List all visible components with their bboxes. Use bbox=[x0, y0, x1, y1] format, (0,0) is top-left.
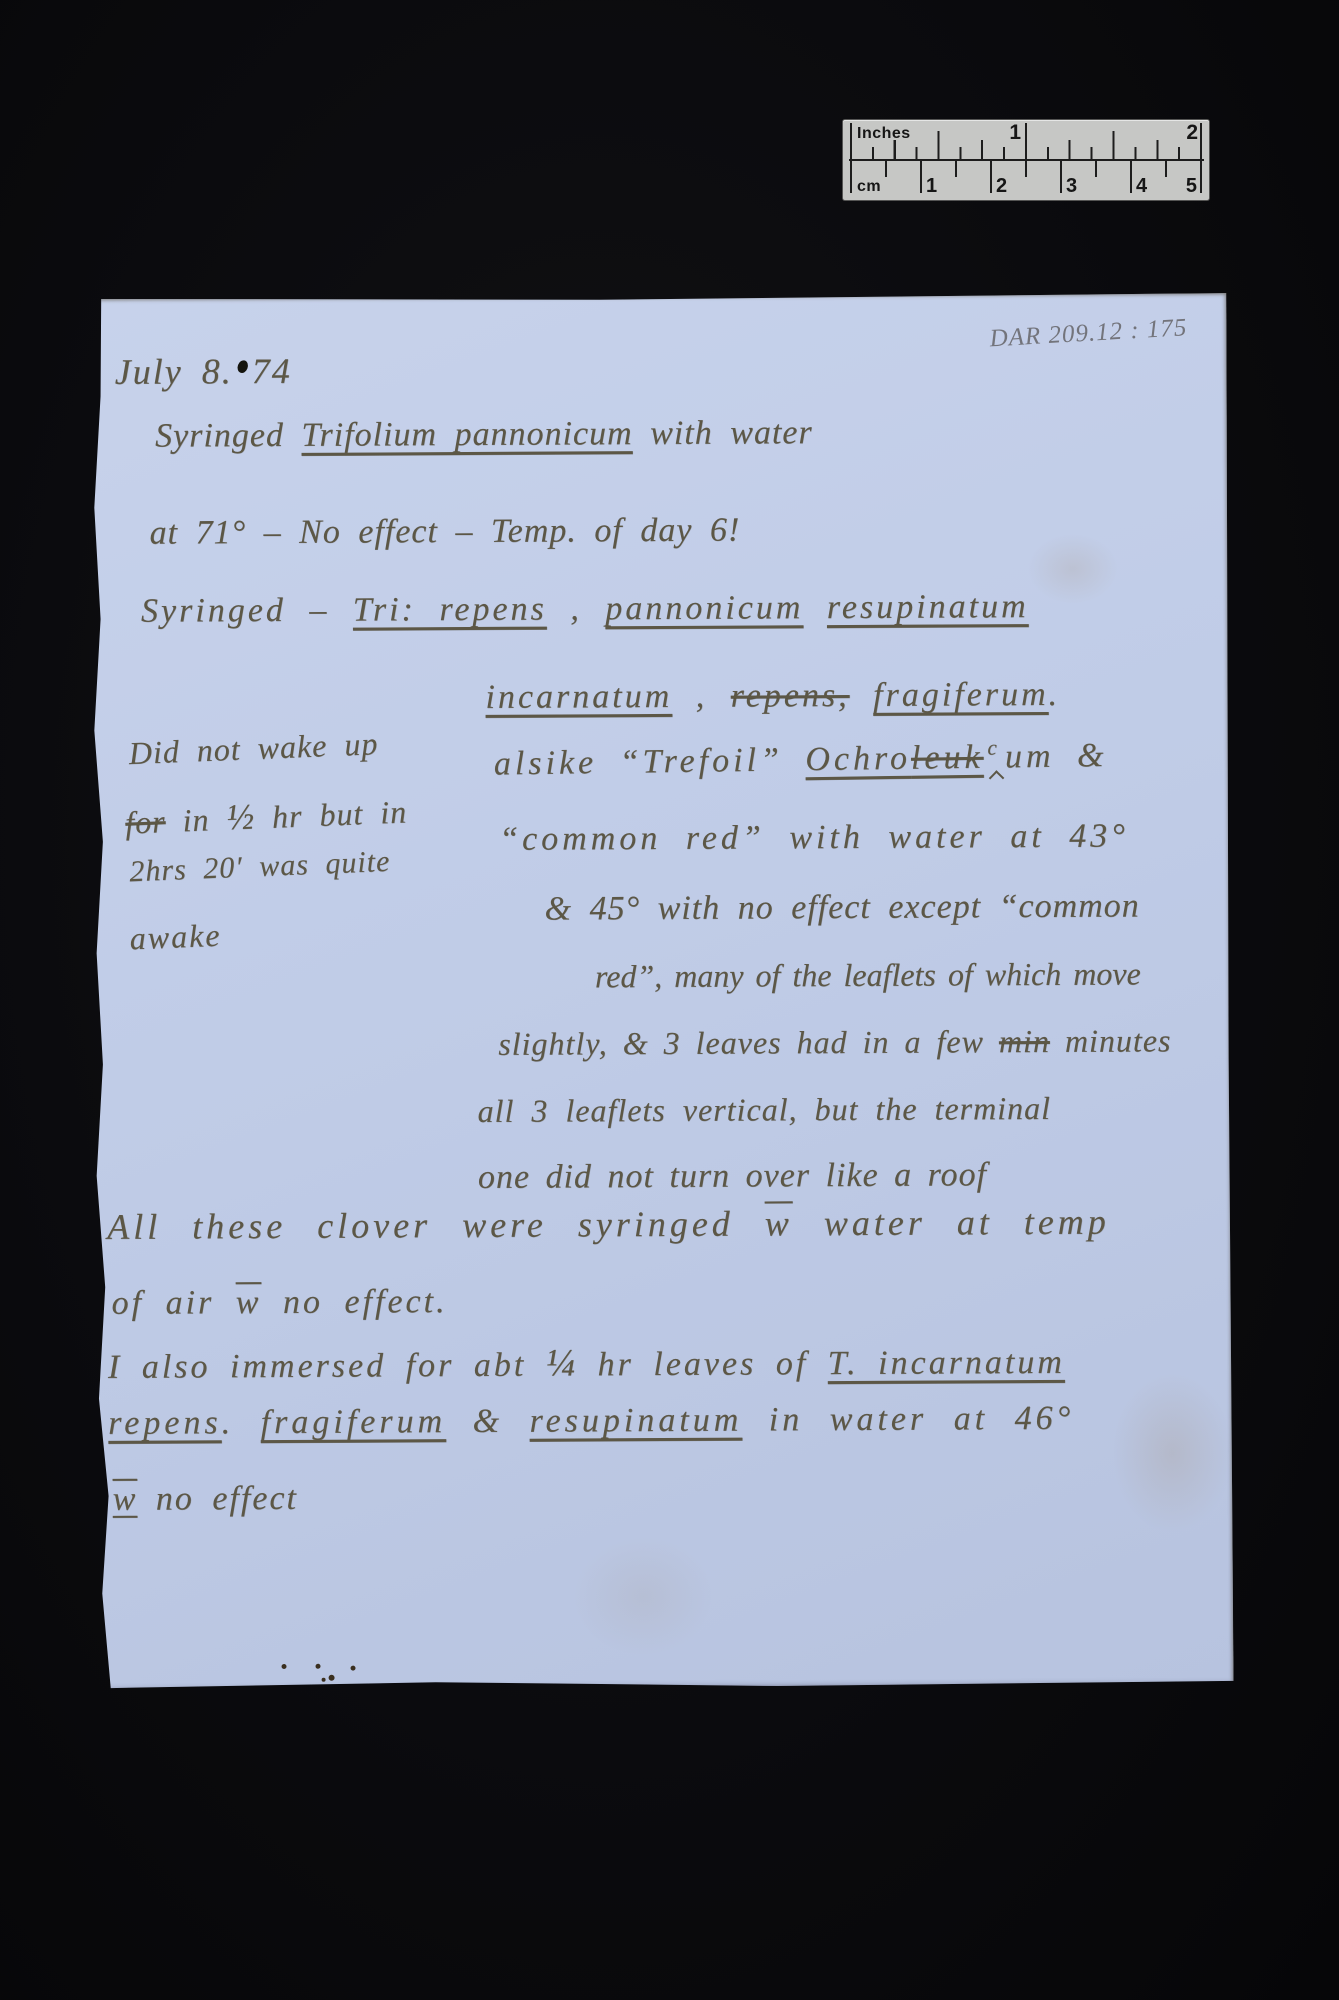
ms-text-segment: water at temp bbox=[793, 1202, 1110, 1244]
foxing-stain bbox=[1112, 1373, 1233, 1534]
ms-text-segment: um & bbox=[1005, 737, 1108, 775]
ink-spot bbox=[316, 1664, 321, 1669]
ms-text-segment: awake bbox=[129, 917, 222, 957]
ms-line-13: of air w no effect. bbox=[112, 1283, 448, 1323]
ms-text-segment: one did not turn over like a roof bbox=[478, 1156, 987, 1196]
margin-note-line-1: Did not wake up bbox=[128, 725, 379, 772]
ms-text-segment: of air bbox=[112, 1284, 236, 1322]
ms-text-segment: Did not wake up bbox=[128, 725, 379, 771]
ms-text-segment: slightly, & 3 leaves had in a few bbox=[498, 1023, 999, 1062]
ms-text-segment: 2hrs 20′ was quite bbox=[129, 845, 391, 888]
ms-text-segment: T. incarnatum bbox=[828, 1344, 1065, 1382]
ms-text-segment: in water at 46° bbox=[742, 1400, 1074, 1439]
ms-text-segment: Tri: repens bbox=[353, 591, 547, 629]
ms-text-segment: repens, bbox=[731, 677, 850, 715]
ms-text-segment: min bbox=[999, 1023, 1050, 1059]
ms-text-segment: incarnatum bbox=[485, 678, 672, 716]
photo-stage: Inches cm 1 2 1 2 3 4 5 DAR 209.12 : 175… bbox=[0, 0, 1339, 2000]
ms-text-segment: Syringed bbox=[155, 417, 302, 455]
ms-text-segment: no effect. bbox=[261, 1283, 447, 1321]
margin-note-line-3: 2hrs 20′ was quite bbox=[129, 845, 391, 889]
scale-ruler: Inches cm 1 2 1 2 3 4 5 bbox=[843, 120, 1209, 200]
ruler-cm-number: 3 bbox=[1066, 175, 1077, 198]
ms-text-segment: ¼ bbox=[546, 1341, 579, 1384]
ms-line-7: & 45° with no effect except “common bbox=[544, 887, 1139, 928]
ms-line-16: w no effect bbox=[113, 1480, 299, 1519]
ms-line-4: incarnatum , repens, fragiferum. bbox=[485, 676, 1060, 717]
ruler-cm-number: 4 bbox=[1136, 175, 1147, 198]
ms-text-segment: & 45° with no effect except “common bbox=[544, 887, 1139, 927]
ms-text-segment: w bbox=[236, 1284, 262, 1321]
ms-text-segment: red”, many of the leaflets of which move bbox=[595, 955, 1141, 994]
margin-note-line-2: for in ½ hr but in bbox=[124, 788, 408, 842]
ms-text-segment: w bbox=[765, 1203, 793, 1243]
margin-note-line-4: awake bbox=[129, 917, 222, 958]
ms-line-3: Syringed – Tri: repens , pannonicum resu… bbox=[141, 588, 1029, 631]
archive-reference-pencil: DAR 209.12 : 175 bbox=[989, 314, 1188, 353]
ms-text-segment: & bbox=[446, 1403, 530, 1440]
ruler-inch-number: 2 bbox=[1170, 121, 1198, 145]
ms-text-segment: for bbox=[125, 803, 167, 841]
ms-text-segment: I also immersed for abt bbox=[108, 1347, 546, 1386]
ms-text-segment: pannonicum bbox=[605, 589, 803, 627]
ms-line-1: Syringed Trifolium pannonicum with water bbox=[155, 414, 813, 455]
ms-text-segment: alsike “Trefoil” bbox=[494, 741, 806, 782]
ms-text-segment: Trifolium pannonicum bbox=[301, 415, 632, 454]
ms-text-segment: hr leaves of bbox=[578, 1345, 828, 1383]
ms-line-5: alsike “Trefoil” Ochroleukcum & bbox=[494, 737, 1108, 784]
ink-spot bbox=[282, 1664, 287, 1669]
ms-text-segment: All these clover were syringed bbox=[107, 1203, 765, 1246]
ms-line-6: “common red” with water at 43° bbox=[499, 818, 1129, 859]
ms-line-9: slightly, & 3 leaves had in a few min mi… bbox=[498, 1022, 1171, 1063]
ruler-cm-ticks bbox=[850, 160, 1204, 193]
foxing-stain bbox=[1028, 534, 1118, 604]
ruler-cm-label: cm bbox=[857, 178, 881, 196]
foxing-stain bbox=[573, 1536, 714, 1657]
ms-text-segment: . bbox=[222, 1404, 261, 1441]
ruler-cm-number: 1 bbox=[926, 175, 937, 198]
ms-text-segment: at 71° – No effect – Temp. of day 6! bbox=[149, 512, 740, 552]
ruler-midline bbox=[849, 159, 1204, 161]
ms-text-segment: in bbox=[165, 801, 227, 839]
ms-text-segment: fragiferum bbox=[873, 676, 1049, 714]
ms-line-12: All these clover were syringed w water a… bbox=[107, 1201, 1110, 1248]
ruler-inches-label: Inches bbox=[857, 125, 911, 143]
ms-text-segment: Ochro bbox=[805, 740, 911, 778]
ms-line-2: at 71° – No effect – Temp. of day 6! bbox=[149, 512, 740, 553]
ms-line-14: I also immersed for abt ¼ hr leaves of T… bbox=[108, 1338, 1065, 1388]
ms-text-segment: all 3 leaflets vertical, but the termina… bbox=[478, 1090, 1052, 1129]
ms-text-segment: repens bbox=[108, 1404, 222, 1442]
ms-text-segment: fragiferum bbox=[261, 1403, 447, 1441]
ms-text-segment: resupinatum bbox=[529, 1402, 742, 1440]
ms-text-segment bbox=[850, 677, 874, 714]
ms-line-11: one did not turn over like a roof bbox=[478, 1156, 987, 1197]
ms-text-segment: resupinatum bbox=[827, 588, 1029, 626]
ms-text-segment: , bbox=[672, 678, 731, 715]
ms-text-segment: ½ bbox=[226, 796, 256, 838]
ink-spot bbox=[329, 1675, 335, 1681]
date-line: July 8. 74 bbox=[115, 350, 292, 393]
ms-text-segment: with water bbox=[633, 414, 813, 452]
ms-text-segment: w bbox=[113, 1481, 138, 1518]
ruler-inch-number: 1 bbox=[993, 121, 1021, 145]
ink-spot bbox=[322, 1678, 326, 1682]
ink-spot bbox=[351, 1666, 356, 1671]
ms-text-segment: hr but in bbox=[254, 793, 408, 835]
ruler-cm-number: 2 bbox=[996, 175, 1007, 198]
ruler-cm-number: 5 bbox=[1177, 175, 1197, 198]
ms-text-segment: no effect bbox=[137, 1480, 298, 1518]
ms-text-segment: “common red” with water at 43° bbox=[499, 818, 1129, 858]
ms-text-segment: Syringed – bbox=[141, 592, 353, 630]
ms-text-segment: minutes bbox=[1050, 1022, 1172, 1059]
ms-line-8: red”, many of the leaflets of which move bbox=[595, 955, 1141, 995]
ms-text-segment: leuk bbox=[911, 739, 984, 777]
ms-line-10: all 3 leaflets vertical, but the termina… bbox=[478, 1090, 1052, 1130]
ms-text-segment: , bbox=[547, 590, 606, 627]
manuscript-page: DAR 209.12 : 175 July 8. 74 Syringed Tri… bbox=[86, 293, 1233, 1691]
ms-text-segment: . bbox=[1048, 676, 1060, 713]
ms-line-15: repens. fragiferum & resupinatum in wate… bbox=[108, 1400, 1074, 1443]
ms-text-segment: c bbox=[987, 735, 1001, 759]
ms-text-segment bbox=[803, 589, 827, 626]
